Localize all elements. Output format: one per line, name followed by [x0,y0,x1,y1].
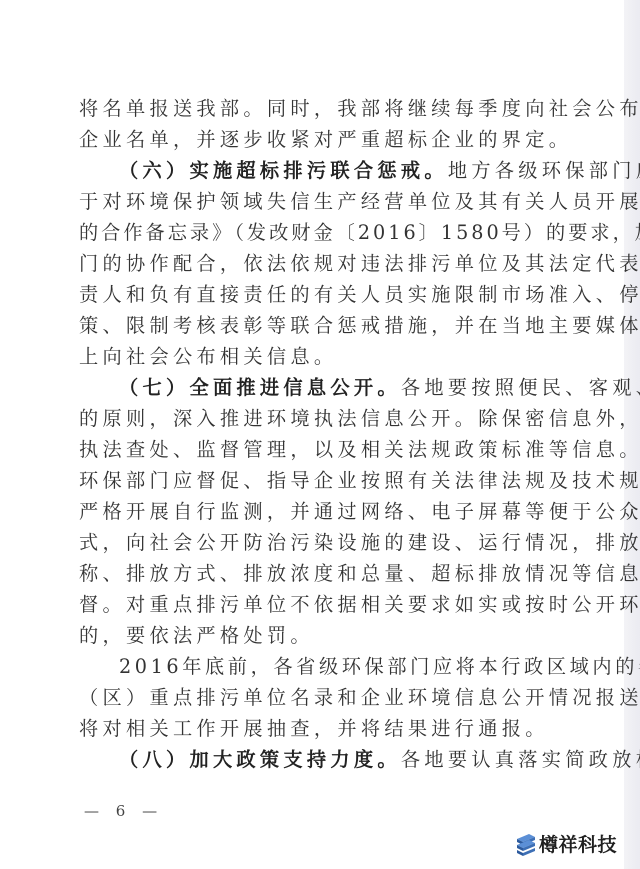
text-line: 门的协作配合，依法依规对违法排污单位及其法定代表人、主要负 [79,248,571,279]
text-line: （区）重点排污单位名录和企业环境信息公开情况报送我部。我部 [79,682,571,713]
text-line: 责人和负有直接责任的有关人员实施限制市场准入、停止优惠政 [79,279,571,310]
text-line: 督。对重点排污单位不依据相关要求如实或按时公开环境信息 [79,589,571,620]
watermark-logo: 樽祥科技 [515,830,617,857]
stacked-layers-icon [515,832,537,856]
document-body: 将名单报送我部。同时，我部将继续每季度向社会公布严重超标 企业名单，并逐步收紧对… [79,93,571,775]
section-heading: （八）加大政策支持力度。 [119,748,401,771]
text-line: 将对相关工作开展抽查，并将结果进行通报。 [79,713,571,744]
text-line: 策、限制考核表彰等联合惩戒措施，并在当地主要媒体和政府网站 [79,310,571,341]
text-line: 称、排放方式、排放浓度和总量、超标排放情况等信息，接受社会监 [79,558,571,589]
page-number: — 6 — [84,802,163,820]
section-heading-line: （七）全面推进信息公开。各地要按照便民、客观、公正、全面 [79,372,571,403]
text-line: 上向社会公布相关信息。 [79,341,571,372]
text-line: 将名单报送我部。同时，我部将继续每季度向社会公布严重超标 [79,93,571,124]
text-line: 的，要依法严格处罚。 [79,620,571,651]
section-heading-line: （八）加大政策支持力度。各地要认真落实简政放权、放管 [79,744,571,775]
text-line: 严格开展自行监测，并通过网络、电子屏幕等便于公众知晓的方 [79,496,571,527]
text-line: 执法查处、监督管理，以及相关法规政策标准等信息。同时，各级 [79,434,571,465]
section-heading: （六）实施超标排污联合惩戒。 [119,159,448,182]
page-edge-shadow [624,0,640,869]
text-line: 的原则，深入推进环境执法信息公开。除保密信息外，应全面公开 [79,403,571,434]
text-line: 的合作备忘录》（发改财金〔2016〕1580号）的要求，加强与相关部 [79,217,571,248]
section-heading-line: （六）实施超标排污联合惩戒。地方各级环保部门应依据《关 [79,155,571,186]
watermark-text: 樽祥科技 [539,830,617,857]
text-line: 2016年底前，各省级环保部门应将本行政区域内的各地级市 [79,651,571,682]
section-heading: （七）全面推进信息公开。 [119,376,401,399]
text-line: 环保部门应督促、指导企业按照有关法律法规及技术规范的要求 [79,465,571,496]
text-line: 式，向社会公开防治污染设施的建设、运行情况，排放污染物的名 [79,527,571,558]
text-line: 于对环境保护领域失信生产经营单位及其有关人员开展联合惩戒 [79,186,571,217]
text-line: 企业名单，并逐步收紧对严重超标企业的界定。 [79,124,571,155]
